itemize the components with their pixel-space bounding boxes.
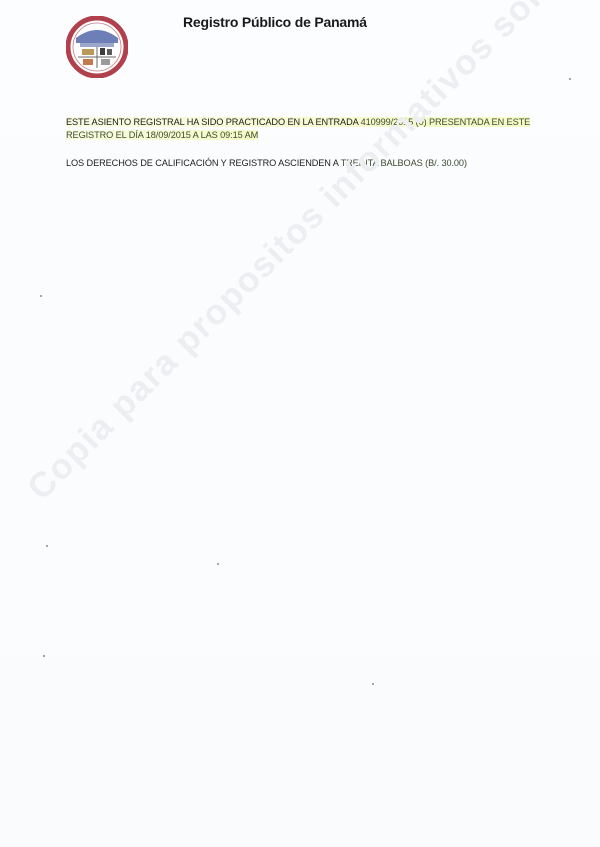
document-page: Registro Público de Panamá ESTE ASIENTO … xyxy=(0,0,600,847)
scan-speck xyxy=(217,563,219,565)
scan-speck xyxy=(43,655,45,657)
scan-speck xyxy=(372,683,374,685)
registro-publico-seal-icon xyxy=(66,16,128,78)
registration-entry-paragraph: ESTE ASIENTO REGISTRAL HA SIDO PRACTICAD… xyxy=(66,116,566,141)
entry-number: 410999/2015 (0) PRESENTADA EN ESTE xyxy=(361,117,531,127)
fees-prefix: LOS DERECHOS DE CALIFICACIÓN Y REGISTRO … xyxy=(66,158,341,168)
entry-line-2: REGISTRO EL DÍA 18/09/2015 A LAS 09:15 A… xyxy=(66,130,258,140)
entry-line-1: ESTE ASIENTO REGISTRAL HA SIDO PRACTICAD… xyxy=(66,117,530,127)
scan-speck xyxy=(46,545,48,547)
header-title: Registro Público de Panamá xyxy=(183,14,367,30)
scan-speck xyxy=(40,295,42,297)
fees-paragraph: LOS DERECHOS DE CALIFICACIÓN Y REGISTRO … xyxy=(66,157,546,170)
entry-prefix: ESTE ASIENTO REGISTRAL HA SIDO PRACTICAD… xyxy=(66,117,361,127)
scan-speck xyxy=(569,78,571,80)
fees-amount: TREINTA BALBOAS (B/. 30.00) xyxy=(341,158,467,168)
